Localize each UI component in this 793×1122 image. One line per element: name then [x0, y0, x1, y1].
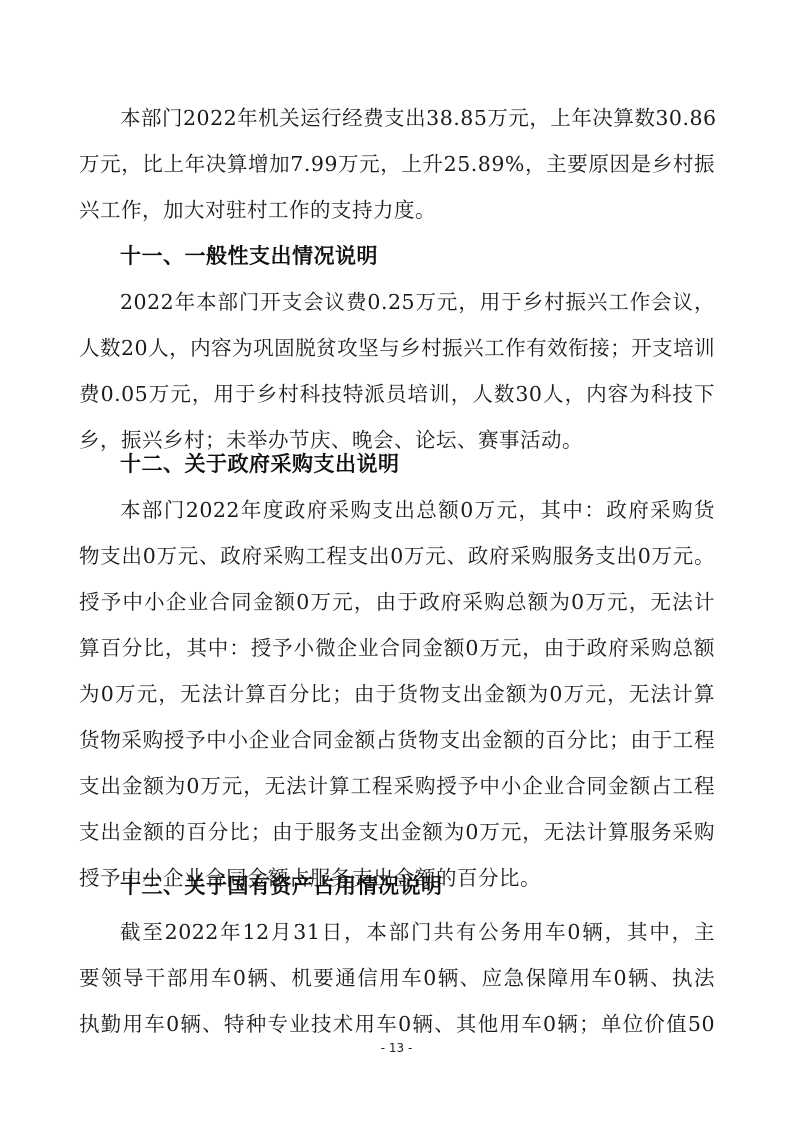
- paragraph-line: 本部门2022年度政府采购支出总额0万元，其中：政府采购货: [120, 496, 715, 524]
- paragraph-line: 兴工作，加大对驻村工作的支持力度。: [79, 196, 715, 224]
- paragraph-line: 要领导干部用车0辆、机要通信用车0辆、应急保障用车0辆、执法: [79, 964, 715, 992]
- paragraph-line: 货物采购授予中小企业合同金额占货物支出金额的百分比；由于工程: [79, 726, 715, 754]
- paragraph-line: 人数20人，内容为巩固脱贫攻坚与乡村振兴工作有效衔接；开支培训: [79, 334, 715, 362]
- section-heading-12: 十二、关于政府采购支出说明: [120, 450, 400, 478]
- document-page: 本部门2022年机关运行经费支出38.85万元，上年决算数30.86 万元，比上…: [0, 0, 793, 1122]
- paragraph-line: 支出金额的百分比；由于服务支出金额为0万元，无法计算服务采购: [79, 818, 715, 846]
- page-number: - 13 -: [0, 1040, 793, 1056]
- section-heading-11: 十一、一般性支出情况说明: [120, 242, 378, 270]
- paragraph-line: 物支出0万元、政府采购工程支出0万元、政府采购服务支出0万元。: [79, 542, 715, 570]
- paragraph-line: 2022年本部门开支会议费0.25万元，用于乡村振兴工作会议，: [120, 288, 715, 316]
- paragraph-line: 截至2022年12月31日，本部门共有公务用车0辆，其中，主: [120, 918, 715, 946]
- section-heading-13: 十三、关于国有资产占用情况说明: [120, 872, 443, 900]
- paragraph-line: 执勤用车0辆、特种专业技术用车0辆、其他用车0辆；单位价值50: [79, 1010, 715, 1038]
- paragraph-line: 支出金额为0万元，无法计算工程采购授予中小企业合同金额占工程: [79, 772, 715, 800]
- paragraph-line: 费0.05万元，用于乡村科技特派员培训，人数30人，内容为科技下: [79, 380, 715, 408]
- paragraph-line: 为0万元，无法计算百分比；由于货物支出金额为0万元，无法计算: [79, 680, 715, 708]
- paragraph-line: 万元，比上年决算增加7.99万元，上升25.89%，主要原因是乡村振: [79, 150, 715, 178]
- paragraph-line: 本部门2022年机关运行经费支出38.85万元，上年决算数30.86: [120, 104, 715, 132]
- paragraph-line: 授予中小企业合同金额0万元，由于政府采购总额为0万元，无法计: [79, 588, 715, 616]
- paragraph-line: 算百分比，其中：授予小微企业合同金额0万元，由于政府采购总额: [79, 634, 715, 662]
